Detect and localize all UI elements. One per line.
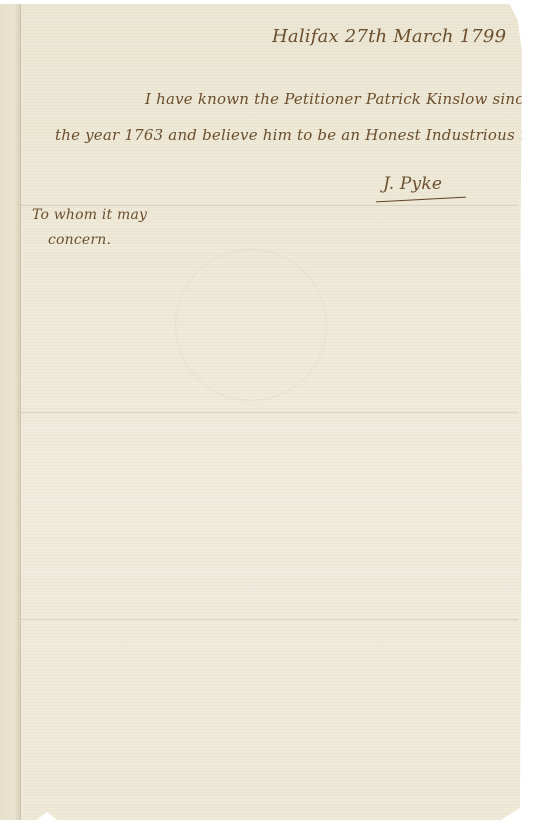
watermark [175, 249, 327, 401]
address-line-1: To whom it may [32, 207, 147, 223]
letter-page: Halifax 27th March 1799 I have known the… [0, 4, 522, 820]
horizontal-fold-line [18, 619, 518, 621]
signature: J. Pyke [383, 174, 442, 194]
dateline: Halifax 27th March 1799 [272, 26, 506, 47]
page-fold-margin [0, 4, 20, 820]
body-line-2: the year 1763 and believe him to be an H… [55, 126, 533, 144]
horizontal-fold-line [18, 412, 518, 414]
body-line-1: I have known the Petitioner Patrick Kins… [145, 90, 533, 108]
address-line-2: concern. [48, 232, 111, 248]
signature-flourish [376, 197, 466, 203]
